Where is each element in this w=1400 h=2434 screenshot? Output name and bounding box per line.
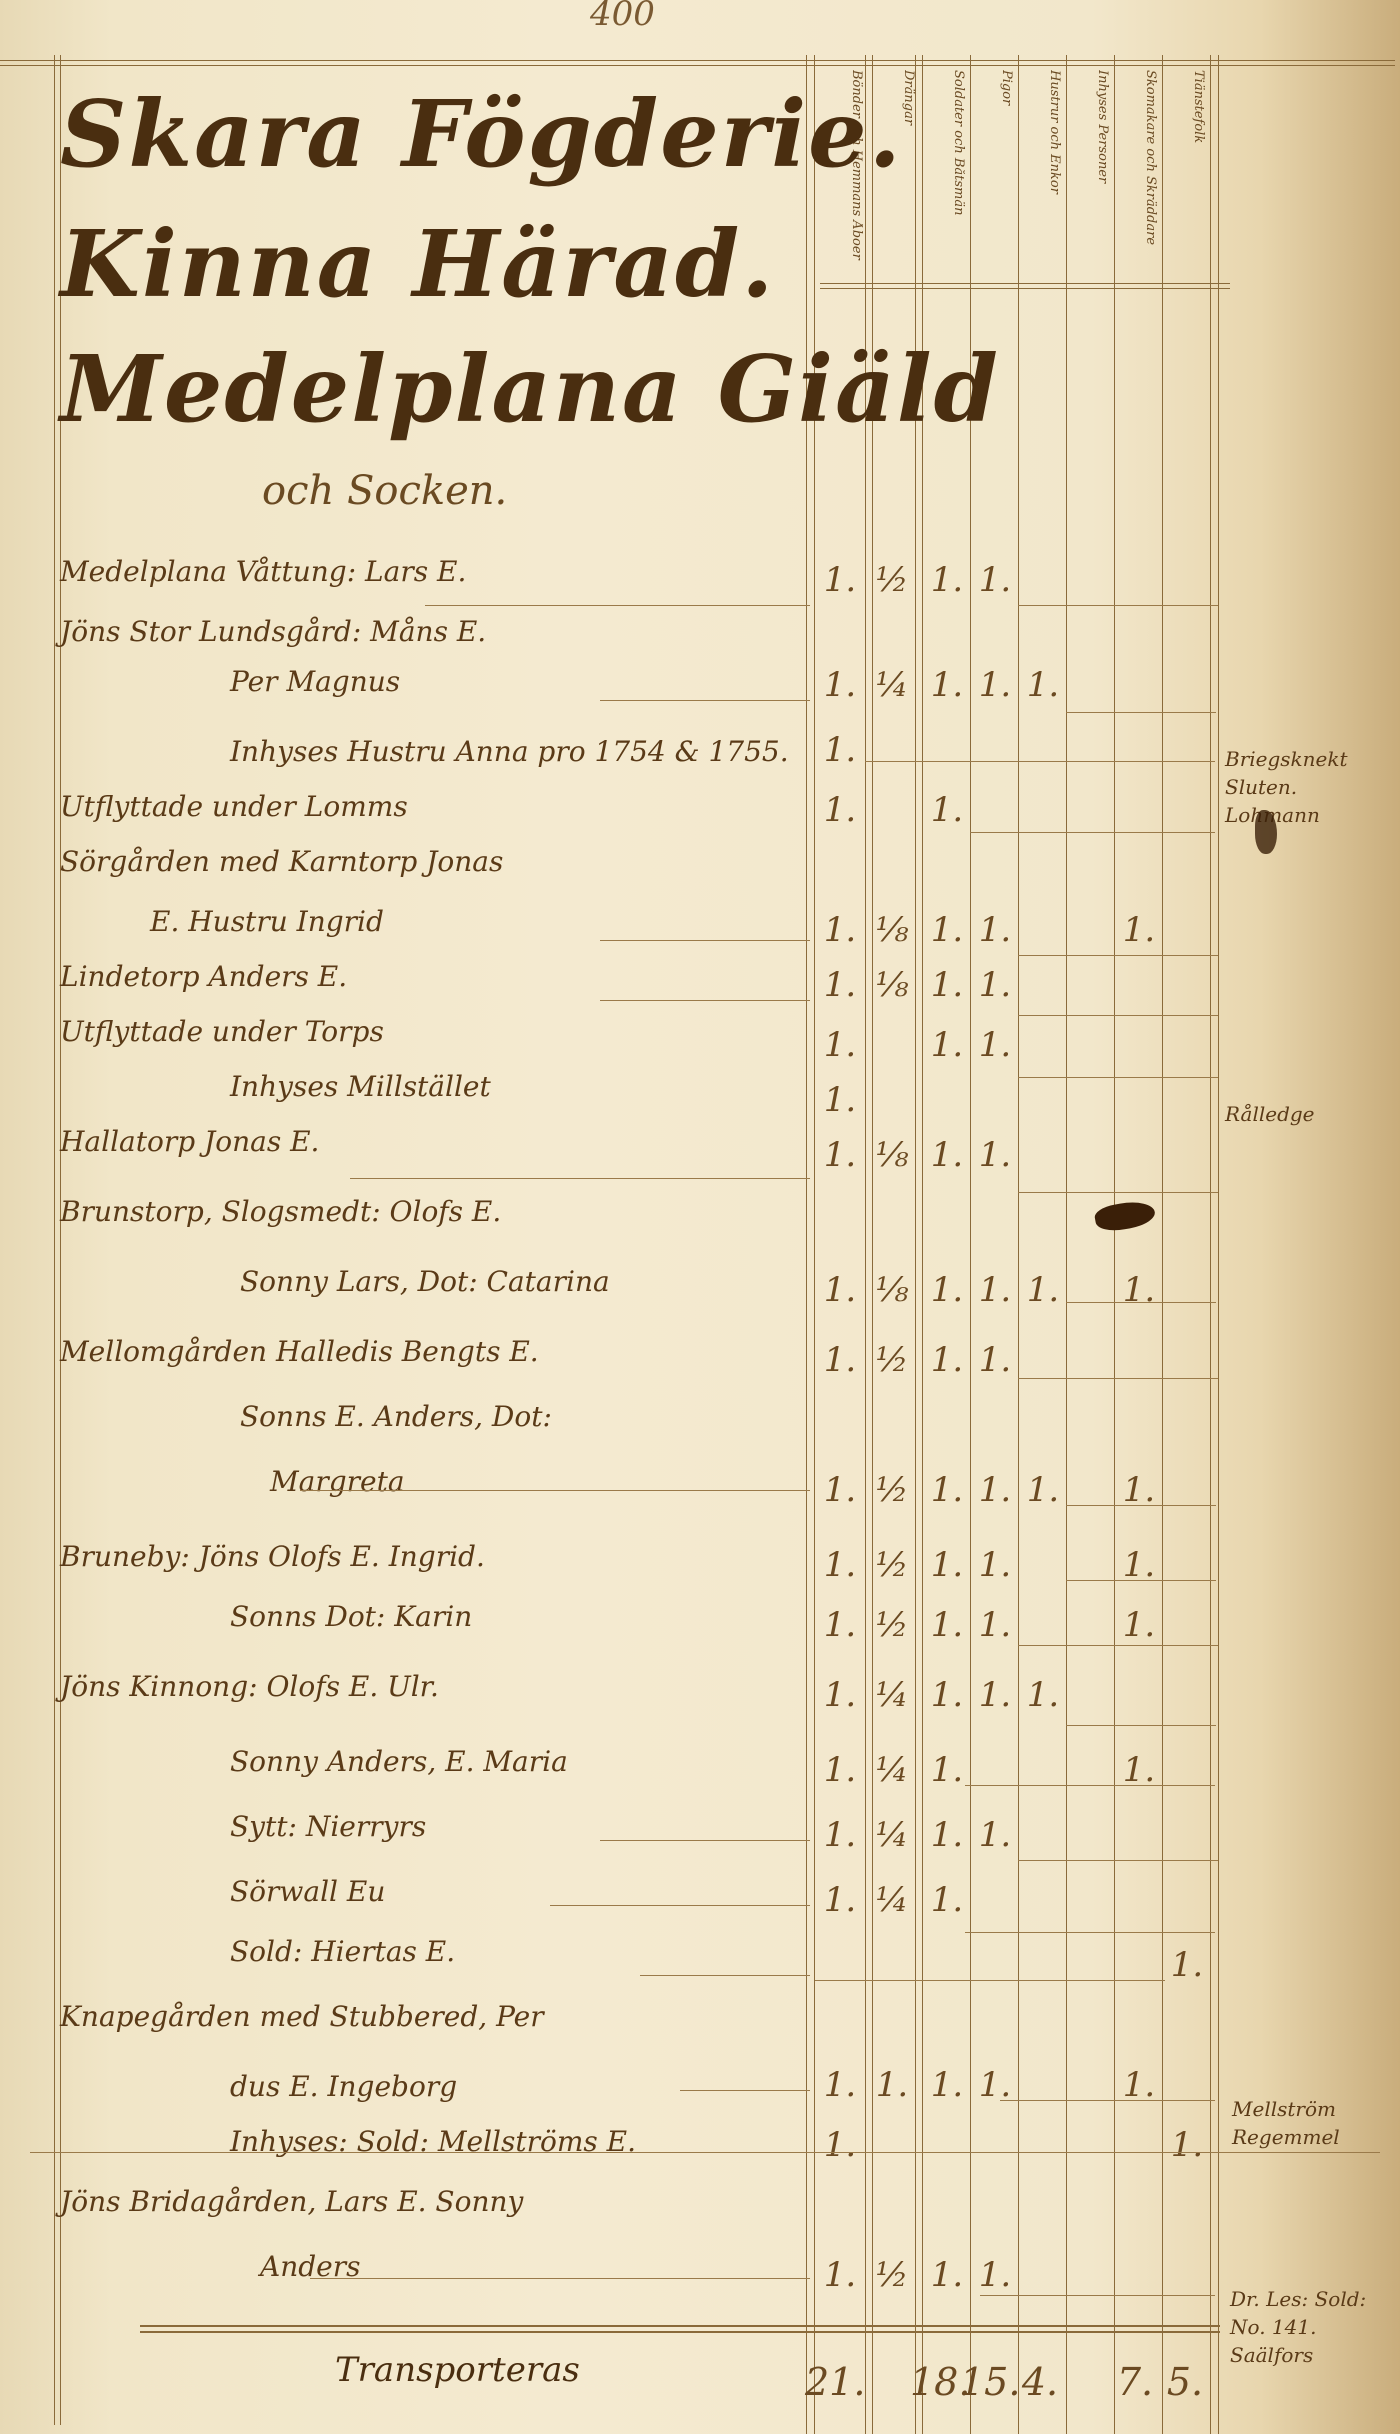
cell: 1. [1109,1470,1169,1510]
cell: 1. [810,730,870,770]
cell: 1. [810,1880,870,1920]
row-rule [600,1840,810,1841]
entry-text: Brunstorp, Slogsmedt: Olofs E. [60,1195,501,1228]
row-rule [1066,1580,1216,1581]
cell: 1. [965,910,1025,950]
cell: 1. [1109,1270,1169,1310]
cell: 1. [1109,2065,1169,2105]
total-label: Transporteras [335,2350,580,2390]
cell: 1. [1109,1750,1169,1790]
cell: ⅛ [862,1270,922,1310]
entry-text: Sold: Hiertas E. [230,1935,455,1968]
cell: ¼ [862,1675,922,1715]
row-rule [1066,712,1216,713]
top-double-rule [0,60,1395,66]
row-rule [1066,1302,1216,1303]
col-rule-8 [1210,55,1211,2434]
cell: 1. [1109,1605,1169,1645]
cell: 1. [965,2065,1025,2105]
col-rule-5 [1066,55,1067,2434]
col-header-2: Soldater och Båtsmän [925,70,965,280]
margin-note: Rålledge [1225,1100,1315,1128]
entry-text: Sytt: Nierryrs [230,1810,426,1843]
row-rule [1018,1015,1218,1016]
entry-text: Bruneby: Jöns Olofs E. Ingrid. [60,1540,485,1573]
row-rule [600,940,810,941]
row-rule [815,1980,1165,1981]
cell: 1. [1109,910,1169,950]
row-rule [1018,1192,1218,1193]
row-rule [680,2090,810,2091]
margin-note: Briegsknekt Sluten. Lohmann [1225,745,1395,829]
col-header-4: Hustrur och Enkor [1021,70,1061,280]
entry-text: Sonny Anders, E. Maria [230,1745,568,1778]
entry-text: Utflyttade under Lomms [60,790,408,823]
cell: ¼ [862,1750,922,1790]
cell: 1. [965,1605,1025,1645]
row-rule [350,1178,810,1179]
cell: 1. [965,560,1025,600]
cell: 1. [965,1815,1025,1855]
cell: ½ [862,2255,922,2295]
cell: 1. [810,1545,870,1585]
entry-text: Jöns Kinnong: Olofs E. Ulr. [60,1670,439,1703]
entry-text: Lindetorp Anders E. [60,960,347,993]
cell: 1. [810,665,870,705]
cell: 1. [1157,1945,1217,1985]
heading-giald: Medelplana Giäld [60,335,1000,443]
cell: 1. [810,1470,870,1510]
cell: ½ [862,1545,922,1585]
row-rule [600,1000,810,1001]
row-rule [1018,955,1218,956]
entry-text: Margreta [270,1465,405,1498]
cell: ¼ [862,1880,922,1920]
cell: ⅛ [862,910,922,950]
cell: 1. [1013,1675,1073,1715]
col-header-6: Skomakare och Skräddare [1117,70,1157,280]
entry-text: Jöns Stor Lundsgård: Måns E. [60,615,486,648]
cell: 1. [810,1605,870,1645]
cell: 1. [810,790,870,830]
cell: 1. [810,965,870,1005]
row-rule [865,761,1215,762]
cell: 1. [810,2255,870,2295]
row-rule [1066,1725,1216,1726]
entry-text: Sörwall Eu [230,1875,385,1908]
cell: 1. [1109,1545,1169,1585]
entry-text: dus E. Ingeborg [230,2070,457,2103]
total-cell: 21. [805,2360,865,2404]
row-rule [1018,605,1218,606]
row-rule [640,1975,810,1976]
entry-text: Inhyses: Sold: Mellströms E. [230,2125,636,2158]
cell: 1. [810,1135,870,1175]
cell: 1. [965,1025,1025,1065]
heading-fogderie: Skara Fögderie. [60,80,903,188]
entry-text: Per Magnus [230,665,400,698]
entry-text: E. Hustru Ingrid [150,905,384,938]
cell: 1. [965,965,1025,1005]
cell: 1. [965,1545,1025,1585]
row-rule [1018,1077,1218,1078]
row-rule [1018,1645,1218,1646]
cell: 1. [810,1270,870,1310]
entry-text: Utflyttade under Torps [60,1015,384,1048]
row-rule [965,1932,1215,1933]
row-rule [1000,2100,1215,2101]
manuscript-page: 400 Bönder och Hemmans Åboer Drängar Sol… [0,0,1400,2434]
cell: 1. [810,1750,870,1790]
cell: 1. [810,560,870,600]
entry-text: Knapegården med Stubbered, Per [60,2000,544,2033]
paste-seam [30,2152,1380,2153]
left-margin-rule [54,55,55,2425]
total-rule [140,2325,1220,2333]
ink-blot [1093,1198,1157,1234]
entry-text: Medelplana Våttung: Lars E. [60,555,466,588]
cell: 1. [810,1340,870,1380]
row-rule [425,605,810,606]
row-rule [965,1785,1215,1786]
cell: ¼ [862,1815,922,1855]
entry-text: Hallatorp Jonas E. [60,1125,319,1158]
cell: 1. [917,790,977,830]
cell: 1. [1013,1270,1073,1310]
cell: 1. [917,1750,977,1790]
total-cell: 4. [1010,2360,1070,2404]
entry-text: Inhyses Millstället [230,1070,491,1103]
cell: ¼ [862,665,922,705]
cell: 1. [917,1880,977,1920]
cell: 1. [810,2065,870,2105]
entry-text: Sonns E. Anders, Dot: [240,1400,552,1433]
cell: 1. [862,2065,922,2105]
cell: 1. [810,910,870,950]
row-rule [600,700,810,701]
row-rule [300,1490,810,1491]
cell: ½ [862,1340,922,1380]
row-rule [980,2295,1215,2296]
cell: ½ [862,1605,922,1645]
entry-text: Sonns Dot: Karin [230,1600,472,1633]
heading-harad: Kinna Härad. [60,210,775,318]
col-rule-8b [1218,55,1219,2434]
row-rule [970,832,1215,833]
cell: ½ [862,1470,922,1510]
cell: 1. [810,2125,870,2165]
entry-text: Sörgården med Karntorp Jonas [60,845,503,878]
row-rule [1018,1860,1218,1861]
total-cell: 5. [1155,2360,1215,2404]
cell: ⅛ [862,1135,922,1175]
row-rule [1018,1378,1218,1379]
margin-note: Mellström Regemmel [1232,2095,1392,2151]
cell: 1. [1157,2125,1217,2165]
col-header-3: Pigor [973,70,1013,280]
cell: 1. [1013,665,1073,705]
entry-text: Jöns Bridagården, Lars E. Sonny [60,2185,523,2218]
cell: ½ [862,560,922,600]
cell: 1. [810,1080,870,1120]
entry-text: Mellomgården Halledis Bengts E. [60,1335,539,1368]
cell: 1. [965,1340,1025,1380]
cell: ⅛ [862,965,922,1005]
margin-note: Dr. Les: Sold: No. 141. Saälfors [1230,2285,1400,2369]
entry-text: Sonny Lars, Dot: Catarina [240,1265,610,1298]
col-header-5: Inhyses Personer [1069,70,1109,280]
folio-number: 400 [590,0,655,34]
cell: 1. [965,2255,1025,2295]
col-header-7: Tiänstefolk [1165,70,1205,280]
cell: 1. [810,1815,870,1855]
cell: 1. [810,1025,870,1065]
row-rule [310,2278,810,2279]
entry-text: Inhyses Hustru Anna pro 1754 & 1755. [230,735,789,768]
cell: 1. [810,1675,870,1715]
heading-socken: och Socken. [262,468,507,514]
row-rule [1066,1505,1216,1506]
ink-blot [1255,810,1277,854]
header-bottom-rule [820,283,1230,289]
row-rule [550,1905,810,1906]
cell: 1. [965,1135,1025,1175]
cell: 1. [1013,1470,1073,1510]
